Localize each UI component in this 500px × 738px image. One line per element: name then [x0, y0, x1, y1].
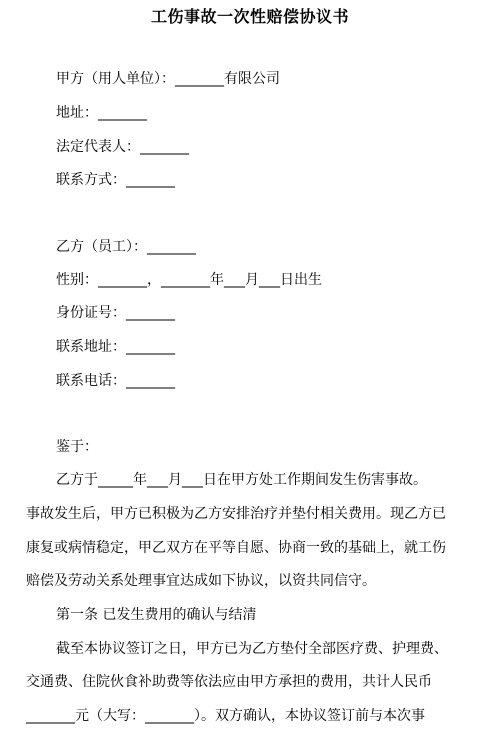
party-a-legal-rep: 法定代表人：_______ — [56, 138, 189, 156]
article1-line-1: 截至本协议签订之日，甲方已为乙方垫付全部医疗费、护理费、 — [56, 640, 500, 658]
party-b-address: 联系地址：_______ — [56, 338, 175, 356]
whereas-line-1: 乙方于_____年___月___日在甲方处工作期间发生伤害事故。 — [56, 471, 500, 489]
document-title: 工伤事故一次性赔偿协议书 — [0, 4, 500, 27]
party-b-gender-birth: 性别：_______，_______年___月___日出生 — [56, 271, 322, 289]
party-a-address: 地址：_______ — [56, 104, 147, 122]
whereas-line-4: 赔偿及劳动关系处理事宜达成如下协议，以资共同信守。 — [26, 572, 476, 590]
whereas-heading: 鉴于： — [56, 438, 98, 456]
article1-line-2: 交通费、住院伙食补助费等依法应由甲方承担的费用，共计人民币 — [26, 673, 476, 691]
party-a-contact: 联系方式：_______ — [56, 171, 175, 189]
party-a-name: 甲方（用人单位）：_______有限公司 — [56, 70, 280, 88]
whereas-line-2: 事故发生后，甲方已积极为乙方安排治疗并垫付相关费用。现乙方已 — [26, 505, 476, 523]
party-b-id: 身份证号：_______ — [56, 304, 175, 322]
party-b-phone: 联系电话：_______ — [56, 372, 175, 390]
whereas-line-3: 康复或病情稳定，甲乙双方在平等自愿、协商一致的基础上，就工伤 — [26, 539, 476, 557]
party-b-name: 乙方（员工）：_______ — [56, 238, 196, 256]
article1-heading: 第一条 已发生费用的确认与结清 — [56, 606, 500, 624]
article1-line-3: _______元（大写：_______）。双方确认，本协议签订前与本次事 — [26, 707, 476, 725]
